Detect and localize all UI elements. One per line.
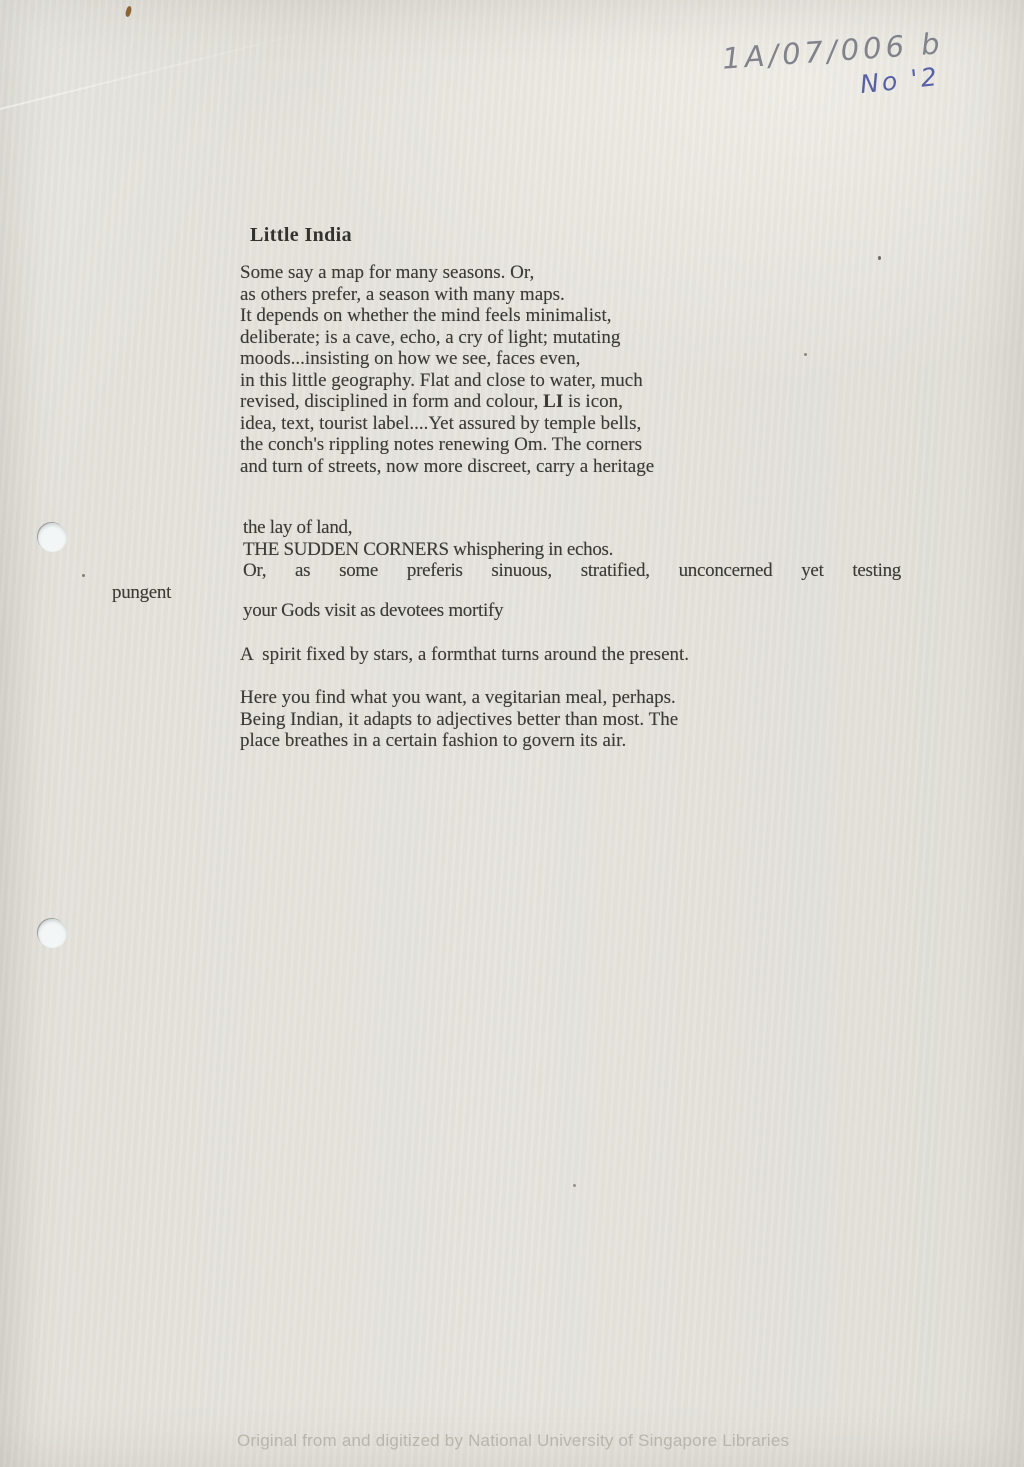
- poem-line: deliberate; is a cave, echo, a cry of li…: [240, 327, 720, 349]
- poem-line: place breathes in a certain fashion to g…: [240, 730, 740, 752]
- handwritten-number-note: No '2: [859, 62, 941, 99]
- poem-line: in this little geography. Flat and close…: [240, 370, 720, 392]
- punch-hole-top: [38, 523, 67, 552]
- poem-line-text: revised, disciplined in form and colour,: [240, 391, 543, 412]
- library-watermark: Original from and digitized by National …: [237, 1431, 789, 1451]
- poem-line-with-bold: revised, disciplined in form and colour,…: [240, 391, 720, 413]
- stanza-4: Here you find what you want, a vegitaria…: [240, 687, 740, 752]
- poem-line: and turn of streets, now more discreet, …: [240, 456, 720, 478]
- paper-speck: [573, 1184, 576, 1187]
- stanza-2: the lay of land, THE SUDDEN CORNERS whis…: [243, 517, 905, 582]
- poem-bold-li: LI: [543, 391, 563, 412]
- paper-speck: [82, 574, 85, 577]
- poem-line-text: is icon,: [563, 391, 623, 412]
- poem-line: the lay of land,: [243, 517, 905, 539]
- poem-line: THE SUDDEN CORNERS whisphering in echos.: [243, 539, 905, 561]
- poem-line: moods...insisting on how we see, faces e…: [240, 348, 720, 370]
- stanza-1: Some say a map for many seasons. Or, as …: [240, 262, 720, 477]
- poem-line: your Gods visit as devotees mortify: [243, 600, 503, 622]
- poem-line: Some say a map for many seasons. Or,: [240, 262, 720, 284]
- punch-hole-bottom: [38, 919, 67, 948]
- poem-line: Being Indian, it adapts to adjectives be…: [240, 709, 740, 731]
- margin-note-pungent: pungent: [112, 582, 171, 604]
- rust-speck: [125, 6, 133, 18]
- poem-line: the conch's rippling notes renewing Om. …: [240, 434, 720, 456]
- poem-line: A spirit fixed by stars, a formthat turn…: [240, 644, 689, 666]
- poem-title: Little India: [250, 224, 352, 247]
- paper-crease: [0, 31, 311, 110]
- paper-speck: [804, 353, 807, 356]
- poem-line: as others prefer, a season with many map…: [240, 284, 720, 306]
- scanned-document-page: 1A/07/006 b No '2 Little India Some say …: [0, 0, 1024, 1467]
- poem-line-justified: Or, as some preferis sinuous, stratified…: [243, 560, 901, 582]
- poem-line: Here you find what you want, a vegitaria…: [240, 687, 740, 709]
- poem-line: It depends on whether the mind feels min…: [240, 305, 720, 327]
- poem-line: idea, text, tourist label....Yet assured…: [240, 413, 720, 435]
- paper-speck: [878, 256, 881, 260]
